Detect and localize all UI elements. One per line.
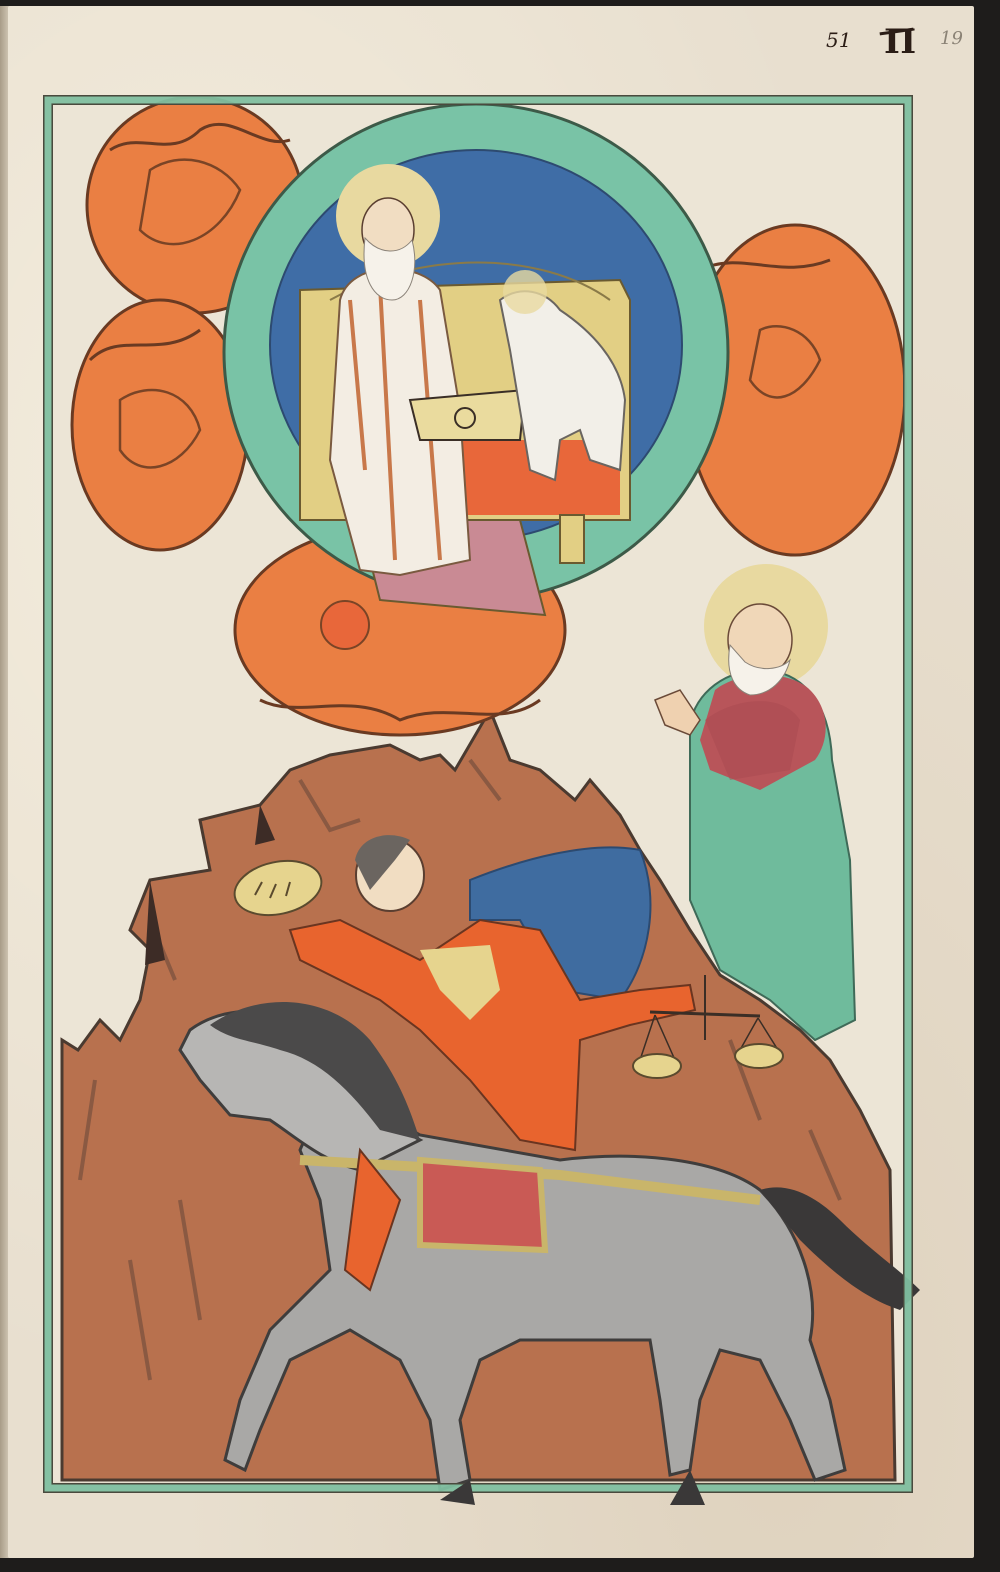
sealed-book-icon [410,390,525,440]
lion-cloud-icon [72,300,248,550]
illumination [0,0,1000,1572]
saddle-cloth [420,1160,545,1250]
